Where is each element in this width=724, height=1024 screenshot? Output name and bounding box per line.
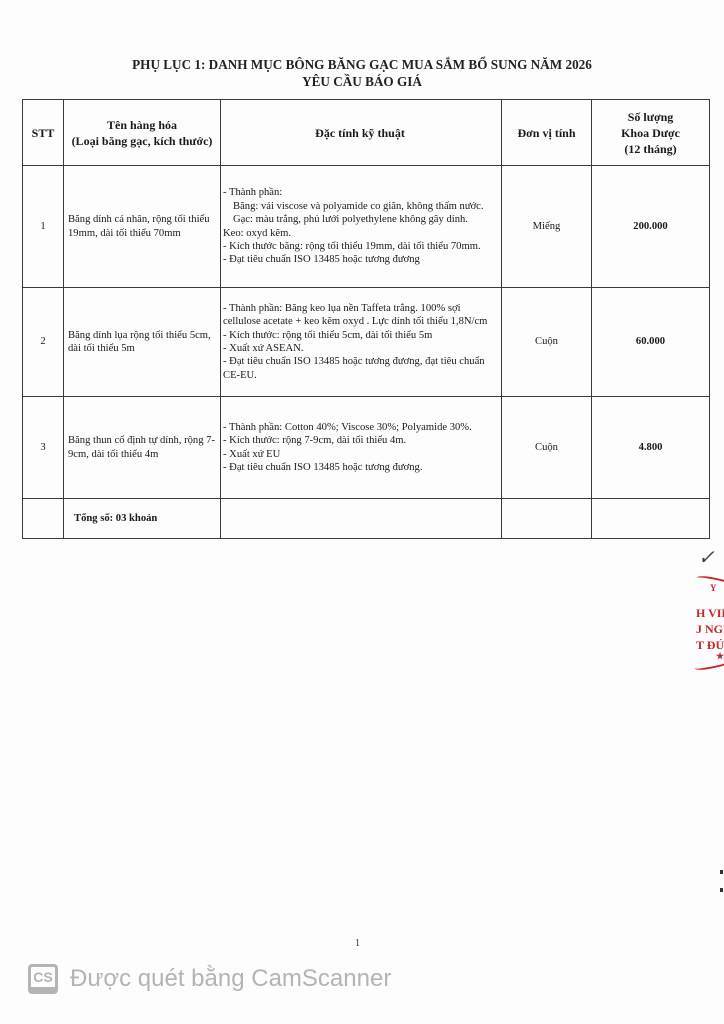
cell-spec: - Thành phần: Băng: vải viscose và polya…	[221, 166, 502, 288]
cell-empty	[23, 499, 64, 539]
cell-name: Băng dính lụa rộng tối thiểu 5cm, dài tố…	[64, 288, 221, 397]
cell-spec: - Thành phần: Cotton 40%; Viscose 30%; P…	[221, 397, 502, 499]
spec-line: - Xuất xứ ASEAN.	[223, 342, 497, 355]
stamp-text: H VIỆ J NGI T ĐÚ	[696, 605, 724, 653]
spec-line: - Thành phần: Băng keo lụa nền Taffeta t…	[223, 302, 497, 329]
table-total-row: Tổng số: 03 khoản	[23, 499, 710, 539]
stamp-fragment: H VIỆ	[696, 605, 724, 621]
spec-line: Gạc: màu trắng, phủ lưới polyethylene kh…	[223, 213, 497, 226]
stamp-fragment: Y	[710, 580, 717, 596]
header-unit: Đơn vị tính	[502, 100, 592, 166]
total-label: Tổng số: 03 khoản	[64, 499, 221, 539]
cell-name: Băng dính cá nhân, rộng tối thiểu 19mm, …	[64, 166, 221, 288]
header-qty-line2: Khoa Dược	[596, 125, 705, 141]
table-row: 2 Băng dính lụa rộng tối thiểu 5cm, dài …	[23, 288, 710, 397]
table-row: 1 Băng dính cá nhân, rộng tối thiểu 19mm…	[23, 166, 710, 288]
stamp-arc-bottom	[694, 656, 724, 672]
cell-stt: 3	[23, 397, 64, 499]
cell-empty	[221, 499, 502, 539]
page-number: 1	[355, 938, 360, 949]
procurement-table: STT Tên hàng hóa (Loại băng gạc, kích th…	[22, 99, 710, 539]
header-qty: Số lượng Khoa Dược (12 tháng)	[592, 100, 710, 166]
header-name-line2: (Loại băng gạc, kích thước)	[68, 133, 216, 149]
cell-qty: 200.000	[592, 166, 710, 288]
spec-line: - Xuất xứ EU	[223, 448, 497, 461]
spec-line: - Kích thước băng: rộng tối thiểu 19mm, …	[223, 240, 497, 253]
spec-line: - Thành phần: Cotton 40%; Viscose 30%; P…	[223, 421, 497, 434]
cell-name: Băng thun cố định tự dính, rộng 7-9cm, d…	[64, 397, 221, 499]
spec-line: - Đạt tiêu chuẩn ISO 13485 hoặc tương đư…	[223, 461, 497, 474]
cell-empty	[502, 499, 592, 539]
spec-line: - Đạt tiêu chuẩn ISO 13485 hoặc tương đư…	[223, 253, 497, 266]
cell-empty	[592, 499, 710, 539]
spec-line: - Thành phần:	[223, 186, 497, 199]
title-line-1: PHỤ LỤC 1: DANH MỤC BÔNG BĂNG GẠC MUA SẮ…	[0, 56, 724, 73]
table-header-row: STT Tên hàng hóa (Loại băng gạc, kích th…	[23, 100, 710, 166]
stamp-fragment: J NGI	[696, 621, 724, 637]
title-line-2: YÊU CẦU BÁO GIÁ	[0, 73, 724, 90]
camscanner-text: Được quét bằng CamScanner	[70, 965, 391, 993]
cell-stt: 2	[23, 288, 64, 397]
signature-mark: ✓	[698, 550, 715, 566]
document-title: PHỤ LỤC 1: DANH MỤC BÔNG BĂNG GẠC MUA SẮ…	[0, 56, 724, 90]
cell-qty: 4.800	[592, 397, 710, 499]
cell-unit: Miếng	[502, 166, 592, 288]
spec-line: Băng: vải viscose và polyamide co giãn, …	[223, 200, 497, 213]
header-name: Tên hàng hóa (Loại băng gạc, kích thước)	[64, 100, 221, 166]
spec-line: - Kích thước: rộng 7-9cm, dài tối thiểu …	[223, 434, 497, 447]
red-seal-stamp: ✓ Y H VIỆ J NGI T ĐÚ ★	[676, 550, 724, 670]
scan-edge-mark	[720, 888, 723, 892]
cell-qty: 60.000	[592, 288, 710, 397]
spec-line: Keo: oxyd kẽm.	[223, 227, 497, 240]
header-stt: STT	[23, 100, 64, 166]
cell-unit: Cuộn	[502, 397, 592, 499]
scan-edge-mark	[720, 870, 723, 874]
camscanner-logo-icon: CS	[28, 964, 58, 994]
cell-spec: - Thành phần: Băng keo lụa nền Taffeta t…	[221, 288, 502, 397]
camscanner-watermark: CS Được quét bằng CamScanner	[28, 964, 391, 994]
cell-stt: 1	[23, 166, 64, 288]
header-spec: Đặc tính kỹ thuật	[221, 100, 502, 166]
header-name-line1: Tên hàng hóa	[68, 117, 216, 133]
header-qty-line3: (12 tháng)	[596, 141, 705, 157]
spec-line: - Đạt tiêu chuẩn ISO 13485 hoặc tương đư…	[223, 355, 497, 382]
table-row: 3 Băng thun cố định tự dính, rộng 7-9cm,…	[23, 397, 710, 499]
spec-line: - Kích thước: rộng tối thiểu 5cm, dài tố…	[223, 329, 497, 342]
cell-unit: Cuộn	[502, 288, 592, 397]
header-qty-line1: Số lượng	[596, 109, 705, 125]
